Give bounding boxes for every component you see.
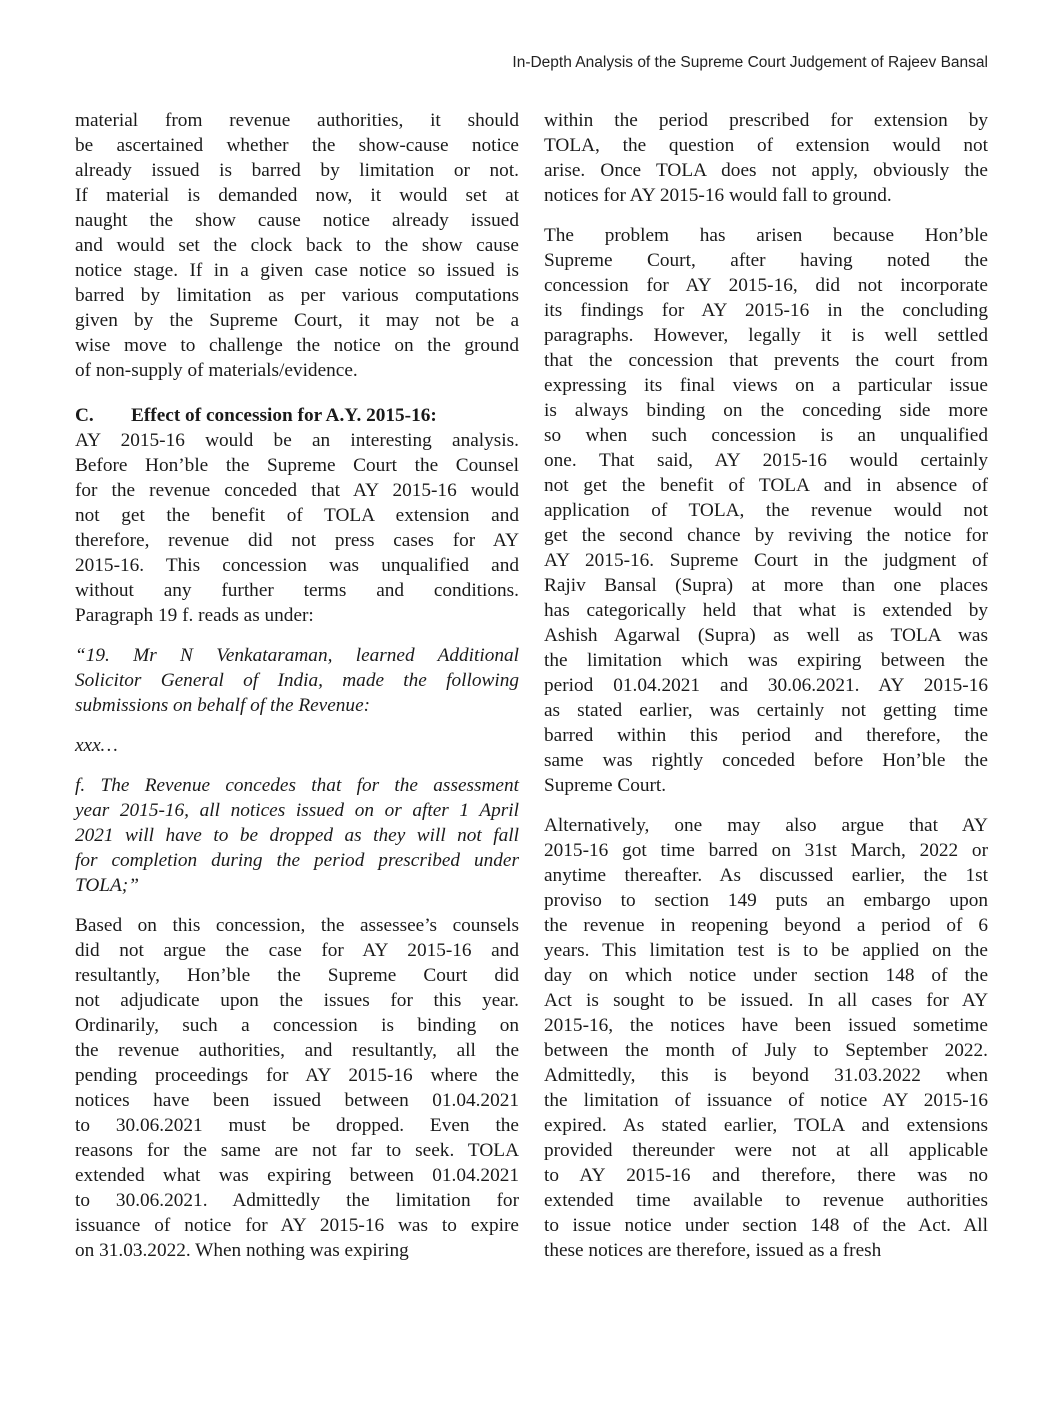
quote-ellipsis: xxx… (75, 733, 519, 758)
quote-block: f. The Revenue concedes that for the ass… (75, 773, 519, 898)
text-line: If material is demanded now, it would se… (75, 183, 519, 208)
text-line: on 31.03.2022. When nothing was expiring (75, 1238, 519, 1263)
text-line: Supreme Court. (544, 773, 988, 798)
paragraph: The problem has arisen because Hon’bleSu… (544, 223, 988, 798)
text-line: barred within this period and therefore,… (544, 723, 988, 748)
text-line: not get the benefit of TOLA and in absen… (544, 473, 988, 498)
text-line: given by the Supreme Court, it may not b… (75, 308, 519, 333)
section-label: C. (75, 403, 131, 428)
text-line: its findings for AY 2015-16 in the concl… (544, 298, 988, 323)
text-line: to 30.06.2021. Admittedly the limitation… (75, 1188, 519, 1213)
text-line: Based on this concession, the assessee’s… (75, 913, 519, 938)
text-line: for completion during the period prescri… (75, 848, 519, 873)
text-line: of non-supply of materials/evidence. (75, 358, 519, 383)
right-column: within the period prescribed for extensi… (544, 108, 988, 1263)
text-line: TOLA, the question of extension would no… (544, 133, 988, 158)
text-line: notices for AY 2015-16 would fall to gro… (544, 183, 988, 208)
text-line: to issue notice under section 148 of the… (544, 1213, 988, 1238)
text-line: not get the benefit of TOLA extension an… (75, 503, 519, 528)
text-line: Before Hon’ble the Supreme Court the Cou… (75, 453, 519, 478)
text-line: has categorically held that what is exte… (544, 598, 988, 623)
text-line: pending proceedings for AY 2015-16 where… (75, 1063, 519, 1088)
text-line: Alternatively, one may also argue that A… (544, 813, 988, 838)
text-line: expressing its final views on a particul… (544, 373, 988, 398)
paragraph: within the period prescribed for extensi… (544, 108, 988, 208)
text-line: Supreme Court, after having noted the (544, 248, 988, 273)
text-line: resultantly, Hon’ble the Supreme Court d… (75, 963, 519, 988)
text-line: same was rightly conceded before Hon’ble… (544, 748, 988, 773)
text-line: Admittedly, this is beyond 31.03.2022 wh… (544, 1063, 988, 1088)
text-line: extended time available to revenue autho… (544, 1188, 988, 1213)
text-line: be ascertained whether the show-cause no… (75, 133, 519, 158)
text-line: the limitation of issuance of notice AY … (544, 1088, 988, 1113)
text-line: AY 2015-16. Supreme Court in the judgmen… (544, 548, 988, 573)
text-line: that the concession that prevents the co… (544, 348, 988, 373)
text-line: year 2015-16, all notices issued on or a… (75, 798, 519, 823)
text-line: 2015-16, the notices have been issued so… (544, 1013, 988, 1038)
text-line: did not argue the case for AY 2015-16 an… (75, 938, 519, 963)
text-line: expired. As stated earlier, TOLA and ext… (544, 1113, 988, 1138)
text-line: between the month of July to September 2… (544, 1038, 988, 1063)
paragraph: Alternatively, one may also argue that A… (544, 813, 988, 1263)
text-line: The problem has arisen because Hon’ble (544, 223, 988, 248)
paragraph: Based on this concession, the assessee’s… (75, 913, 519, 1263)
text-line: already issued is barred by limitation o… (75, 158, 519, 183)
text-line: years. This limitation test is to be app… (544, 938, 988, 963)
text-line: reasons for the same are not far to seek… (75, 1138, 519, 1163)
left-column: material from revenue authorities, it sh… (75, 108, 519, 1263)
text-line: as stated earlier, was certainly not get… (544, 698, 988, 723)
section-heading: C.Effect of concession for A.Y. 2015-16: (75, 403, 519, 428)
section-title: Effect of concession for A.Y. 2015-16: (131, 405, 437, 426)
text-line: AY 2015-16 would be an interesting analy… (75, 428, 519, 453)
text-line: 2015-16 got time barred on 31st March, 2… (544, 838, 988, 863)
running-header: In-Depth Analysis of the Supreme Court J… (512, 54, 988, 72)
text-line: for the revenue conceded that AY 2015-16… (75, 478, 519, 503)
text-line: so when such concession is an unqualifie… (544, 423, 988, 448)
text-line: notice stage. If in a given case notice … (75, 258, 519, 283)
text-line: Act is sought to be issued. In all cases… (544, 988, 988, 1013)
text-line: the revenue authorities, and resultantly… (75, 1038, 519, 1063)
text-line: Ordinarily, such a concession is binding… (75, 1013, 519, 1038)
text-line: get the second chance by reviving the no… (544, 523, 988, 548)
text-line: naught the show cause notice already iss… (75, 208, 519, 233)
text-line: anytime thereafter. As discussed earlier… (544, 863, 988, 888)
text-line: issuance of notice for AY 2015-16 was to… (75, 1213, 519, 1238)
text-line: “19. Mr N Venkataraman, learned Addition… (75, 643, 519, 668)
text-line: arise. Once TOLA does not apply, obvious… (544, 158, 988, 183)
text-line: without any further terms and conditions… (75, 578, 519, 603)
text-line: the revenue in reopening beyond a period… (544, 913, 988, 938)
text-line: proviso to section 149 puts an embargo u… (544, 888, 988, 913)
text-line: within the period prescribed for extensi… (544, 108, 988, 133)
text-line: one. That said, AY 2015-16 would certain… (544, 448, 988, 473)
text-line: 2021 will have to be dropped as they wil… (75, 823, 519, 848)
text-line: provided thereunder were not at all appl… (544, 1138, 988, 1163)
paragraph: material from revenue authorities, it sh… (75, 108, 519, 383)
quote-block: “19. Mr N Venkataraman, learned Addition… (75, 643, 519, 718)
text-line: Rajiv Bansal (Supra) at more than one pl… (544, 573, 988, 598)
text-line: 2015-16. This concession was unqualified… (75, 553, 519, 578)
text-line: these notices are therefore, issued as a… (544, 1238, 988, 1263)
text-line: wise move to challenge the notice on the… (75, 333, 519, 358)
text-line: TOLA;” (75, 873, 519, 898)
paragraph: AY 2015-16 would be an interesting analy… (75, 428, 519, 628)
text-line: barred by limitation as per various comp… (75, 283, 519, 308)
text-line: concession for AY 2015-16, did not incor… (544, 273, 988, 298)
text-line: extended what was expiring between 01.04… (75, 1163, 519, 1188)
text-line: notices have been issued between 01.04.2… (75, 1088, 519, 1113)
quote-ellipsis-text: xxx… (75, 733, 519, 758)
text-line: material from revenue authorities, it sh… (75, 108, 519, 133)
text-line: submissions on behalf of the Revenue: (75, 693, 519, 718)
text-line: application of TOLA, the revenue would n… (544, 498, 988, 523)
text-line: Solicitor General of India, made the fol… (75, 668, 519, 693)
text-line: Paragraph 19 f. reads as under: (75, 603, 519, 628)
text-line: is always binding on the conceding side … (544, 398, 988, 423)
text-line: to AY 2015-16 and therefore, there was n… (544, 1163, 988, 1188)
text-line: f. The Revenue concedes that for the ass… (75, 773, 519, 798)
text-line: paragraphs. However, legally it is well … (544, 323, 988, 348)
text-line: Ashish Agarwal (Supra) as well as TOLA w… (544, 623, 988, 648)
text-line: not adjudicate upon the issues for this … (75, 988, 519, 1013)
text-line: period 01.04.2021 and 30.06.2021. AY 201… (544, 673, 988, 698)
text-line: the limitation which was expiring betwee… (544, 648, 988, 673)
text-line: to 30.06.2021 must be dropped. Even the (75, 1113, 519, 1138)
text-line: and would set the clock back to the show… (75, 233, 519, 258)
text-line: therefore, revenue did not press cases f… (75, 528, 519, 553)
text-line: day on which notice under section 148 of… (544, 963, 988, 988)
